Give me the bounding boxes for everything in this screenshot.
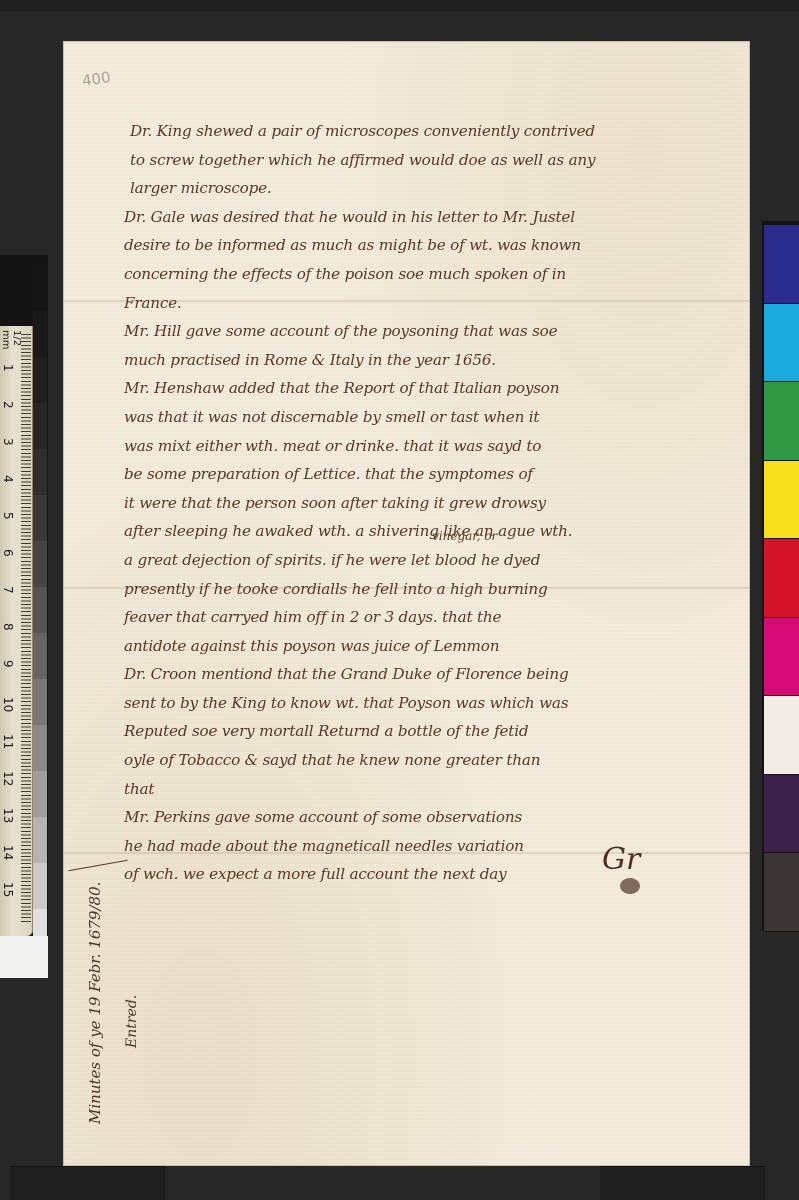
gray-step xyxy=(33,357,47,403)
ruler-number: 8 xyxy=(1,623,15,631)
folio-number: 400 xyxy=(81,68,112,90)
ruler-number: 6 xyxy=(1,549,15,557)
gray-step xyxy=(33,771,47,817)
ruler-number: 5 xyxy=(1,512,15,520)
text-line: antidote against this poyson was juice o… xyxy=(124,632,745,661)
ruler-number: 15 xyxy=(1,882,15,897)
gray-step xyxy=(33,403,47,449)
ruler-ticks xyxy=(21,334,31,924)
text-line: was that it was not discernable by smell… xyxy=(124,403,745,432)
color-patch-white xyxy=(764,696,799,775)
color-patch-red xyxy=(764,539,799,618)
ruler-number: 14 xyxy=(1,845,15,860)
color-patch-magenta xyxy=(764,618,799,697)
gray-step xyxy=(33,679,47,725)
text-line: Reputed soe very mortall Returnd a bottl… xyxy=(124,717,745,746)
color-patch-purple xyxy=(764,775,799,854)
gray-step xyxy=(33,449,47,495)
text-line: of wch. we expect a more full account th… xyxy=(124,860,745,889)
text-line: sent to by the King to know wt. that Poy… xyxy=(124,689,745,718)
gray-step xyxy=(33,495,47,541)
text-line: concerning the effects of the poison soe… xyxy=(124,260,745,289)
text-line: Dr. King shewed a pair of microscopes co… xyxy=(130,117,745,146)
text-line: presently if he tooke cordialls he fell … xyxy=(124,575,745,604)
interlinear-insertion: vinegar, or xyxy=(432,529,497,543)
gray-step xyxy=(33,265,47,311)
text-line: Mr. Hill gave some account of the poyson… xyxy=(124,317,745,346)
mount-top-band xyxy=(0,0,799,11)
text-line: it were that the person soon after takin… xyxy=(124,489,745,518)
text-line: oyle of Tobacco & sayd that he knew none… xyxy=(124,746,745,775)
color-patch-yellow xyxy=(764,461,799,540)
gray-step xyxy=(33,725,47,771)
ruler-number: 4 xyxy=(1,475,15,483)
gray-step xyxy=(33,633,47,679)
ruler-number: 3 xyxy=(1,438,15,446)
gray-step xyxy=(33,311,47,357)
manuscript-text: Dr. King shewed a pair of microscopes co… xyxy=(130,117,745,889)
closing-stroke xyxy=(68,860,127,871)
color-checker xyxy=(762,221,799,931)
color-patch-black-texture xyxy=(764,853,799,932)
ruler-number: 12 xyxy=(1,771,15,786)
endorsement-minutes: Minutes of ye 19 Febr. 1679/80. xyxy=(86,882,104,1124)
manuscript-page: 400 Dr. King shewed a pair of microscope… xyxy=(64,42,749,1165)
text-line: was mixt either wth. meat or drinke. tha… xyxy=(124,432,745,461)
mount-bottom-band xyxy=(600,1166,765,1200)
color-patch-cyan xyxy=(764,304,799,383)
endorsement-entred: Entred. xyxy=(124,995,140,1048)
gray-step xyxy=(33,817,47,863)
text-line: Mr. Henshaw added that the Report of tha… xyxy=(124,374,745,403)
ruler-number: 13 xyxy=(1,808,15,823)
text-line: Dr. Croon mentiond that the Grand Duke o… xyxy=(124,660,745,689)
text-line: that xyxy=(124,775,745,804)
mount-bottom-band xyxy=(10,1166,165,1200)
ruler-number: 11 xyxy=(1,734,15,749)
gray-step xyxy=(33,587,47,633)
gray-step xyxy=(33,541,47,587)
measurement-ruler: 1/2 mm 123456789101112131415 xyxy=(0,326,33,936)
ruler-unit-label: 1/2 mm xyxy=(0,330,22,349)
text-line: he had made about the magneticall needle… xyxy=(124,832,745,861)
text-line: Dr. Gale was desired that he would in hi… xyxy=(124,203,745,232)
ink-blot xyxy=(620,878,640,894)
text-line: be some preparation of Lettice. that the… xyxy=(124,460,745,489)
ruler-number: 1 xyxy=(1,364,15,372)
text-line: feaver that carryed him off in 2 or 3 da… xyxy=(124,603,745,632)
text-line: larger microscope. xyxy=(130,174,745,203)
ruler-number: 7 xyxy=(1,586,15,594)
gray-step xyxy=(33,863,47,909)
text-line: much practised in Rome & Italy in the ye… xyxy=(124,346,745,375)
text-line: to screw together which he affirmed woul… xyxy=(130,146,745,175)
text-line: desire to be informed as much as might b… xyxy=(124,231,745,260)
ruler-number: 10 xyxy=(1,697,15,712)
signature-mark: Gr xyxy=(602,842,640,877)
text-line: France. xyxy=(124,289,745,318)
ruler-number: 9 xyxy=(1,660,15,668)
text-line: Mr. Perkins gave some account of some ob… xyxy=(124,803,745,832)
ruler-number: 2 xyxy=(1,401,15,409)
white-reference-card xyxy=(0,936,48,978)
color-patch-green xyxy=(764,382,799,461)
color-patch-blue xyxy=(764,225,799,304)
text-line: a great dejection of spirits. if he were… xyxy=(124,546,745,575)
